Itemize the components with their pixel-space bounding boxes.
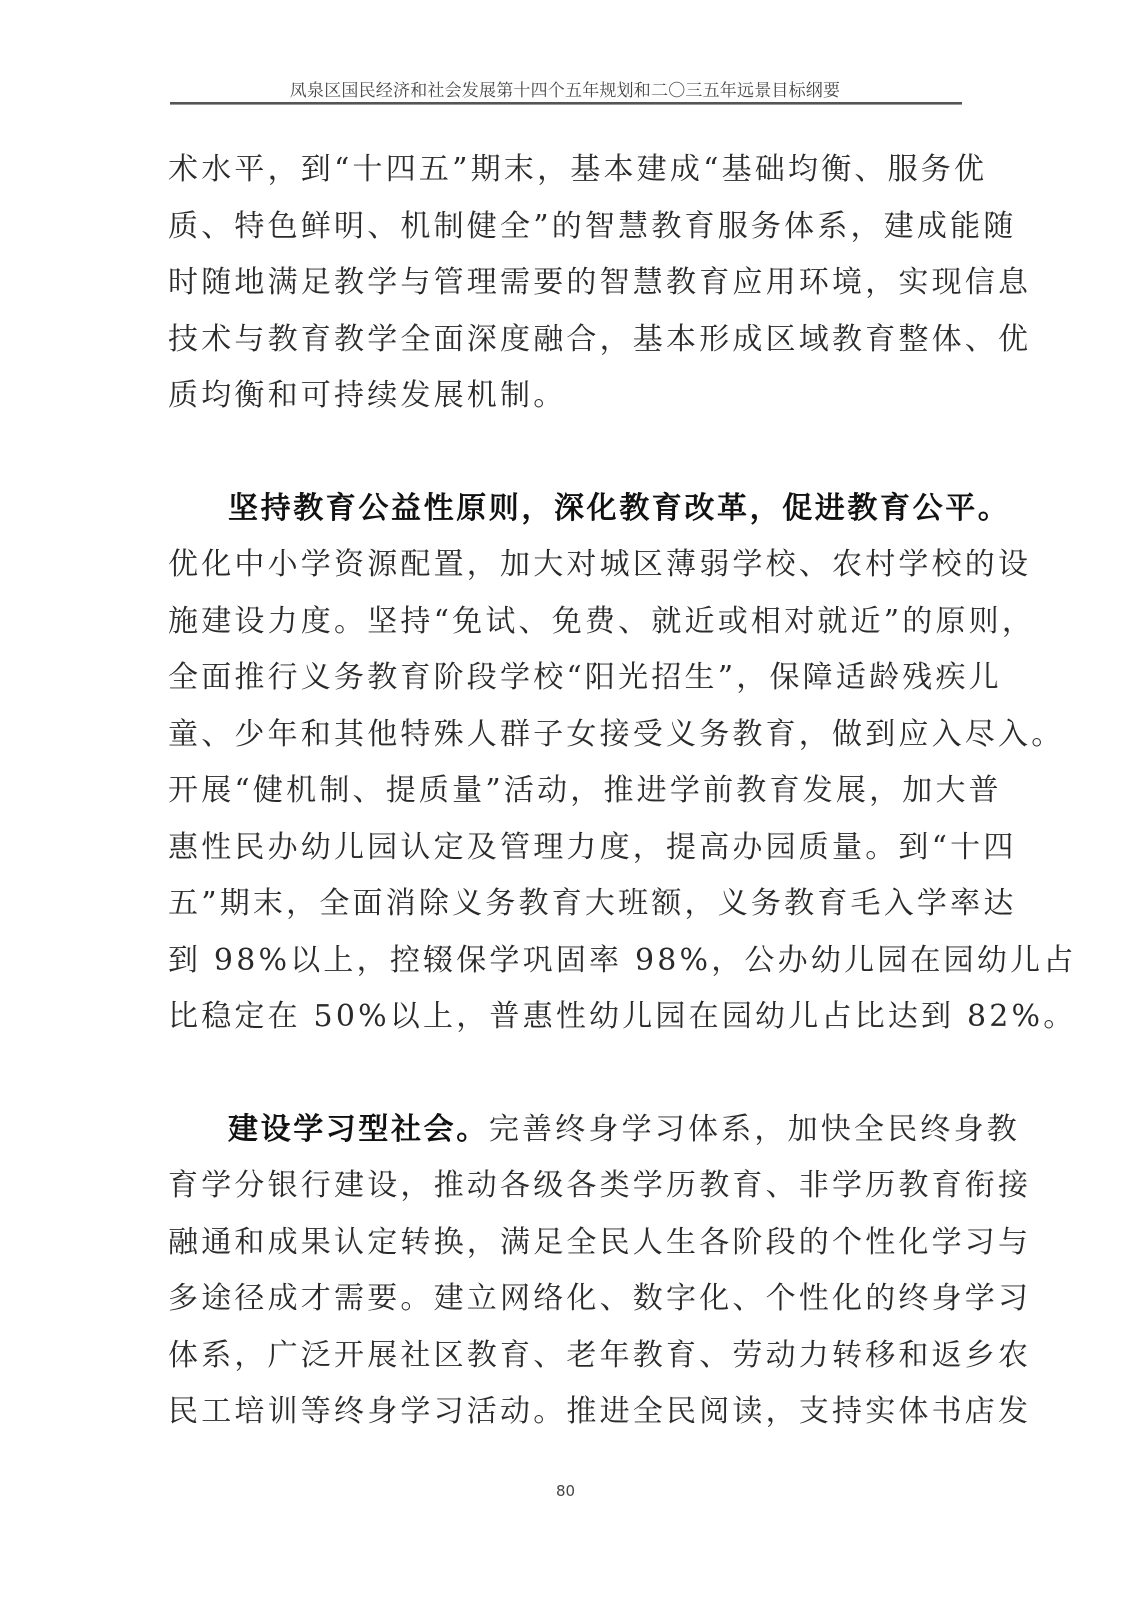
paragraph-heading: 坚持教育公益性原则，深化教育改革，促进教育公平。 xyxy=(168,481,948,538)
text-line: 到 98%以上，控辍保学巩固率 98%，公办幼儿园在园幼儿占 xyxy=(168,933,948,990)
text-line: 优化中小学资源配置，加大对城区薄弱学校、农村学校的设 xyxy=(168,537,948,594)
paragraph-gap xyxy=(168,425,948,481)
text-line: 开展“健机制、提质量”活动，推进学前教育发展，加大普 xyxy=(168,763,948,820)
text-line: 体系，广泛开展社区教育、老年教育、劳动力转移和返乡农 xyxy=(168,1328,948,1385)
text-line: 全面推行义务教育阶段学校“阳光招生”，保障适龄残疾儿 xyxy=(168,650,948,707)
running-header: 凤泉区国民经济和社会发展第十四个五年规划和二〇三五年远景目标纲要 xyxy=(168,76,962,101)
paragraph-2: 坚持教育公益性原则，深化教育改革，促进教育公平。 优化中小学资源配置，加大对城区… xyxy=(168,481,948,1046)
text-line: 技术与教育教学全面深度融合，基本形成区域教育整体、优 xyxy=(168,312,948,369)
text-line: 多途径成才需要。建立网络化、数字化、个性化的终身学习 xyxy=(168,1271,948,1328)
paragraph-first-line: 建设学习型社会。完善终身学习体系，加快全民终身教 xyxy=(168,1102,948,1159)
text-line: 比稳定在 50%以上，普惠性幼儿园在园幼儿占比达到 82%。 xyxy=(168,989,948,1046)
text-run: 完善终身学习体系，加快全民终身教 xyxy=(489,1112,1020,1147)
document-body: 术水平，到“十四五”期末，基本建成“基础均衡、服务优 质、特色鲜明、机制健全”的… xyxy=(168,142,948,1441)
text-line: 质均衡和可持续发展机制。 xyxy=(168,368,948,425)
header-divider xyxy=(170,102,962,105)
text-line: 童、少年和其他特殊人群子女接受义务教育，做到应入尽入。 xyxy=(168,707,948,764)
text-line: 术水平，到“十四五”期末，基本建成“基础均衡、服务优 xyxy=(168,142,948,199)
text-line: 质、特色鲜明、机制健全”的智慧教育服务体系，建成能随 xyxy=(168,199,948,256)
text-line: 民工培训等终身学习活动。推进全民阅读，支持实体书店发 xyxy=(168,1384,948,1441)
paragraph-1: 术水平，到“十四五”期末，基本建成“基础均衡、服务优 质、特色鲜明、机制健全”的… xyxy=(168,142,948,425)
text-line: 五”期末，全面消除义务教育大班额，义务教育毛入学率达 xyxy=(168,876,948,933)
text-line: 时随地满足教学与管理需要的智慧教育应用环境，实现信息 xyxy=(168,255,948,312)
text-line: 惠性民办幼儿园认定及管理力度，提高办园质量。到“十四 xyxy=(168,820,948,877)
text-line: 育学分银行建设，推动各级各类学历教育、非学历教育衔接 xyxy=(168,1158,948,1215)
text-line: 融通和成果认定转换，满足全民人生各阶段的个性化学习与 xyxy=(168,1215,948,1272)
paragraph-3: 建设学习型社会。完善终身学习体系，加快全民终身教 育学分银行建设，推动各级各类学… xyxy=(168,1102,948,1441)
text-line: 施建设力度。坚持“免试、免费、就近或相对就近”的原则， xyxy=(168,594,948,651)
paragraph-gap xyxy=(168,1046,948,1102)
paragraph-heading: 建设学习型社会。 xyxy=(228,1112,489,1147)
page-number: 80 xyxy=(0,1482,1131,1500)
